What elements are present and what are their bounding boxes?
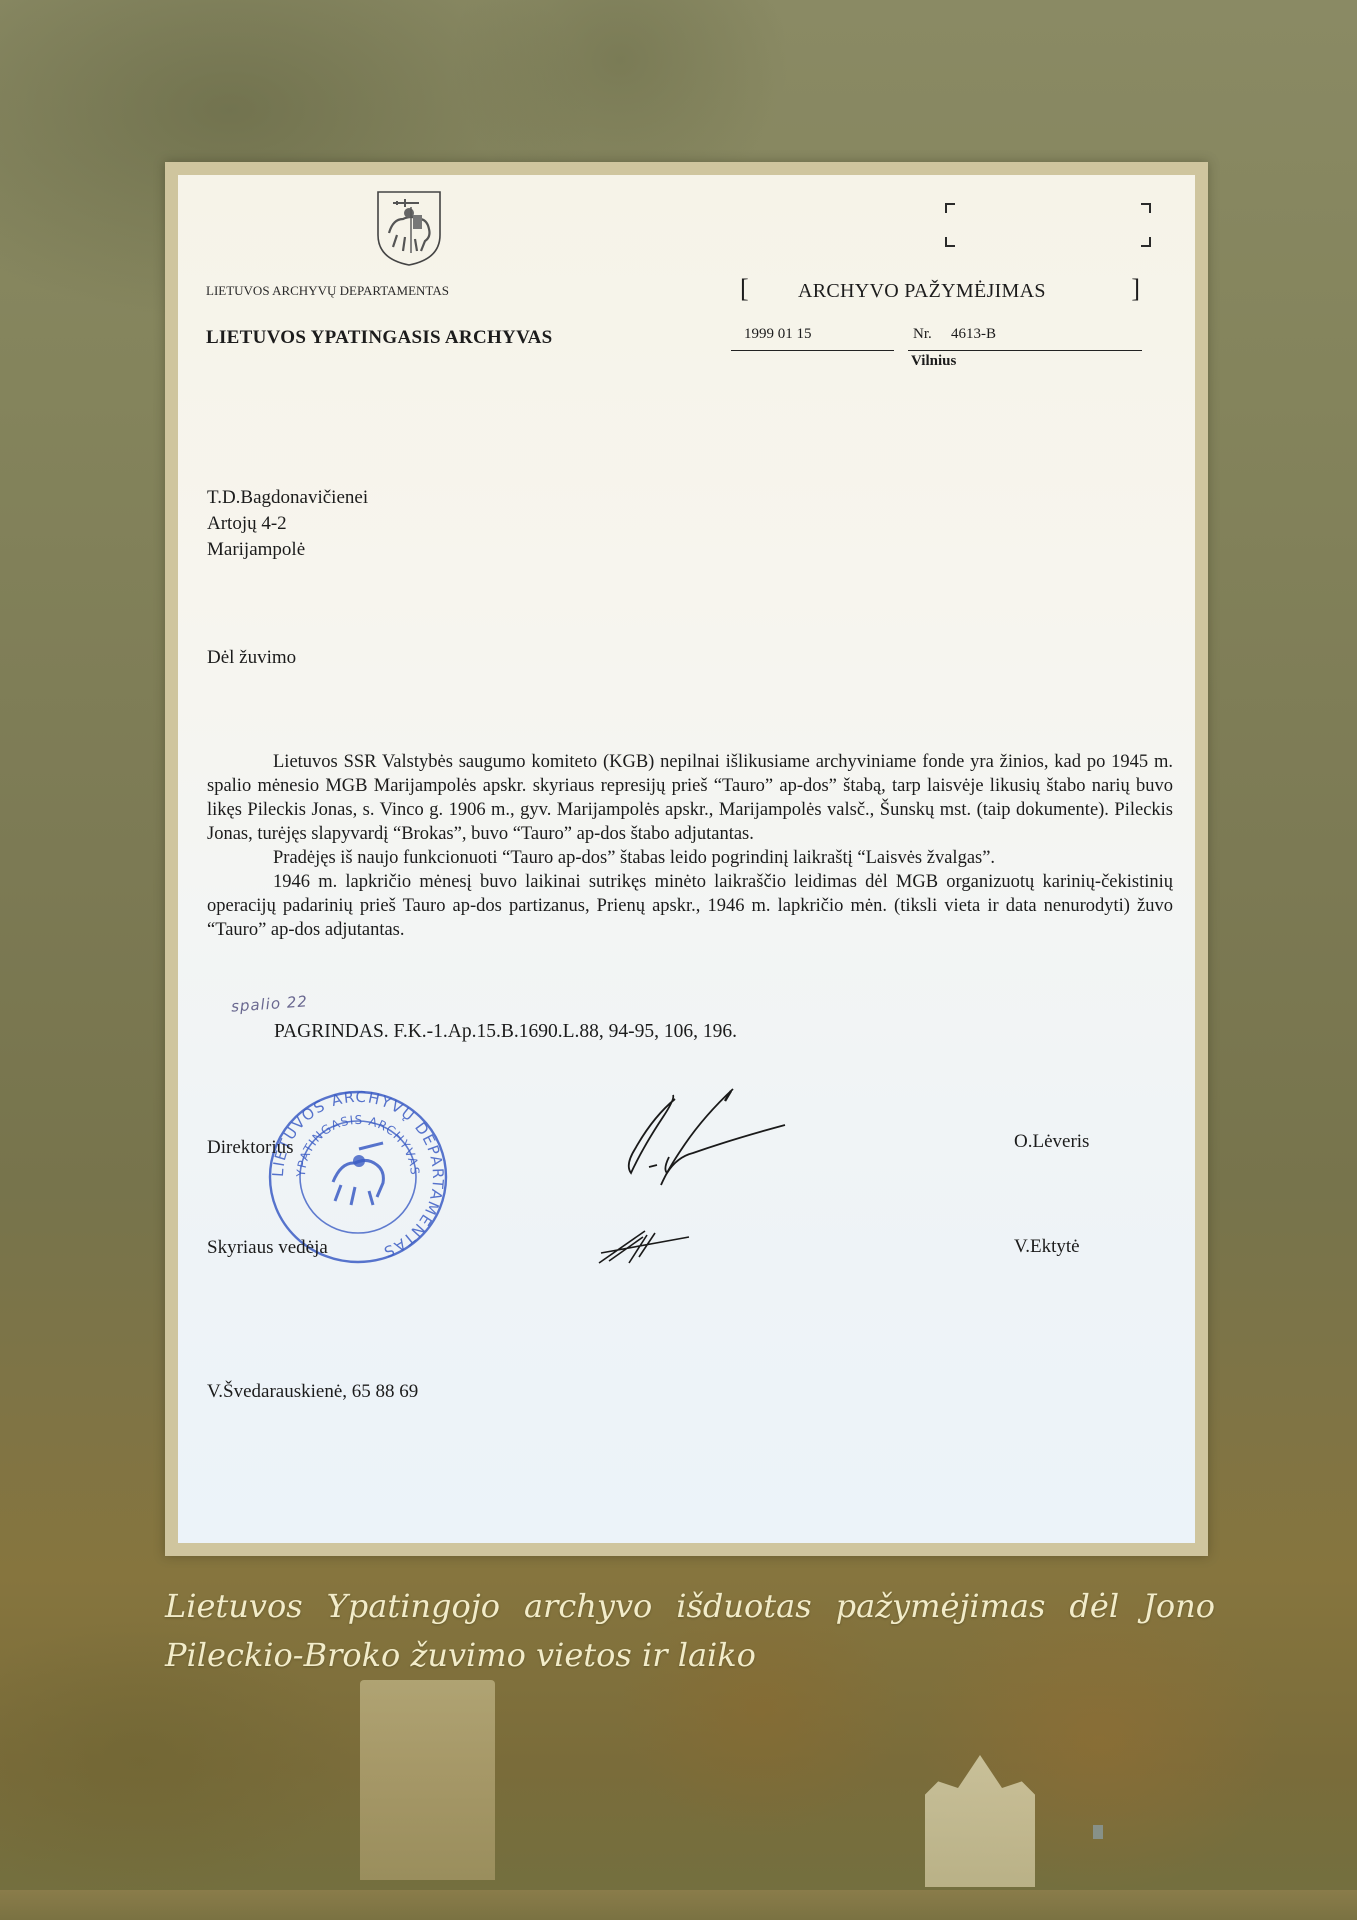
image-caption: Lietuvos Ypatingojo archyvo išduotas paž… <box>165 1582 1215 1680</box>
executor-contact: V.Švedarauskienė, 65 88 69 <box>207 1381 418 1403</box>
corner-mark <box>945 237 955 247</box>
stamp-inner-text: YPATINGASIS ARCHYVAS <box>294 1113 422 1178</box>
svg-text:YPATINGASIS ARCHYVAS: YPATINGASIS ARCHYVAS <box>294 1113 422 1178</box>
head-name: V.Ektytė <box>1014 1236 1080 1258</box>
corner-mark <box>945 203 955 213</box>
background-church <box>360 1680 495 1880</box>
director-label: Direktorius <box>207 1137 294 1159</box>
basis-reference: PAGRINDAS. F.K.-1.Ap.15.B.1690.L.88, 94-… <box>274 1021 737 1043</box>
background-road-sign <box>1093 1825 1103 1839</box>
number-underline <box>908 350 1142 351</box>
paragraph: Pradėjęs iš naujo funkcionuoti “Tauro ap… <box>207 846 1173 870</box>
subject-line: Dėl žuvimo <box>207 647 296 669</box>
document-city: Vilnius <box>911 353 956 370</box>
head-signature-icon <box>595 1227 705 1267</box>
bracket-left: [ <box>740 274 749 304</box>
director-signature-icon <box>613 1087 803 1197</box>
recipient-name: T.D.Bagdonavičienei <box>207 487 368 509</box>
paragraph: Lietuvos SSR Valstybės saugumo komiteto … <box>207 750 1173 846</box>
document-number: 4613-B <box>951 326 996 343</box>
number-label: Nr. <box>913 326 932 343</box>
certificate-body: Lietuvos SSR Valstybės saugumo komiteto … <box>207 750 1173 942</box>
head-label: Skyriaus vedėja <box>207 1237 328 1259</box>
department-name: LIETUVOS ARCHYVŲ DEPARTAMENTAS <box>206 283 449 299</box>
document-type-block: [ ARCHYVO PAŽYMĖJIMAS ] <box>740 278 1140 308</box>
handwritten-note: spalio 22 <box>230 992 308 1015</box>
archive-name: LIETUVOS YPATINGASIS ARCHYVAS <box>206 327 553 349</box>
crest-icon <box>375 189 443 267</box>
corner-mark <box>1141 237 1151 247</box>
recipient-street: Artojų 4-2 <box>207 513 287 535</box>
background-ground <box>0 1890 1357 1920</box>
paragraph: 1946 m. lapkričio mėnesį buvo laikinai s… <box>207 870 1173 942</box>
document-type: ARCHYVO PAŽYMĖJIMAS <box>798 280 1046 303</box>
bracket-right: ] <box>1131 274 1140 304</box>
director-name: O.Lėveris <box>1014 1131 1089 1153</box>
corner-mark <box>1141 203 1151 213</box>
recipient-city: Marijampolė <box>207 539 305 561</box>
archive-certificate: LIETUVOS ARCHYVŲ DEPARTAMENTAS LIETUVOS … <box>178 175 1195 1543</box>
date-underline <box>731 350 894 351</box>
document-date: 1999 01 15 <box>744 326 812 343</box>
